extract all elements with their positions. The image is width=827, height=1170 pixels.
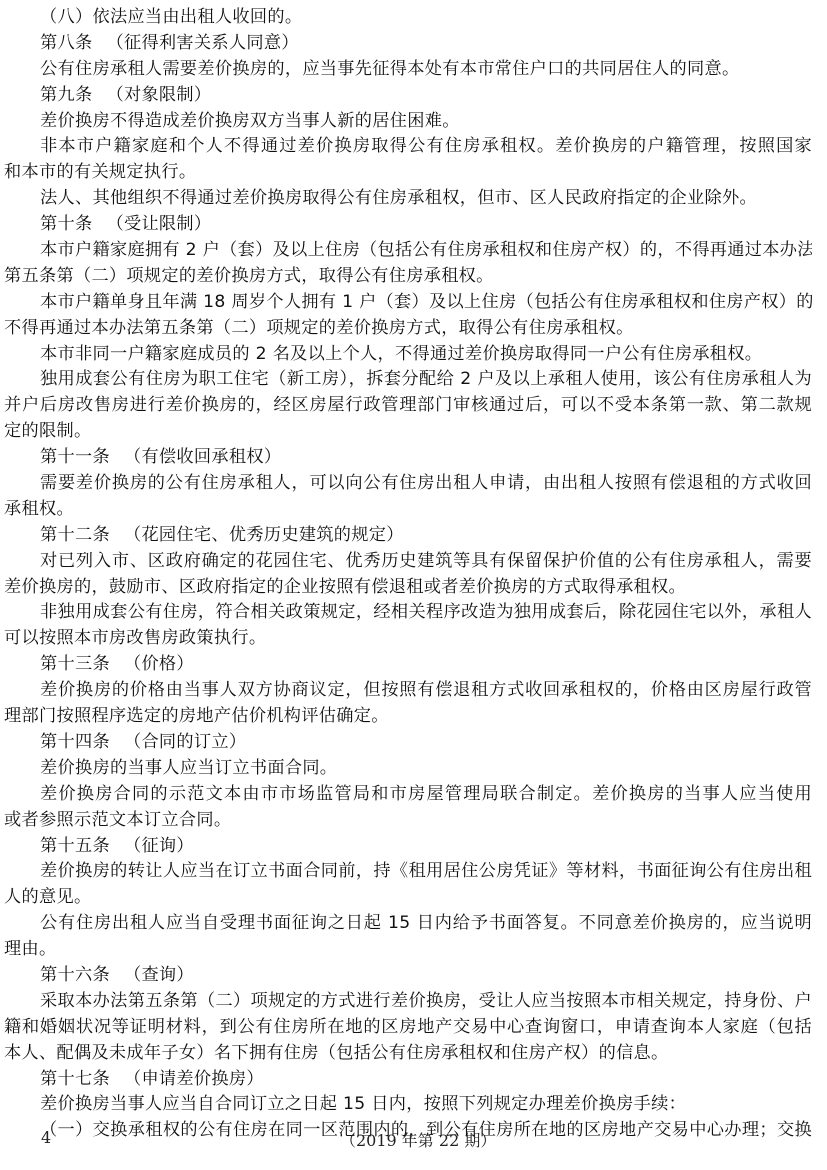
article-number: 第十三条 <box>40 654 110 674</box>
text-line: （八）依法应当由出租人收回的。 <box>4 5 812 31</box>
article-title: （有偿收回承租权） <box>124 447 281 467</box>
article-title: （征得利害关系人同意） <box>106 33 298 53</box>
text-line: 差价换房不得造成差价换房双方当事人新的居住困难。 <box>4 109 812 135</box>
text-line: 人的意见。 <box>4 885 812 911</box>
article-heading: 第九条（对象限制） <box>4 83 812 109</box>
text-line: 或者参照示范文本订立合同。 <box>4 808 812 834</box>
text-line: 公有住房承租人需要差价换房的，应当事先征得本处有本市常住户口的共同居住人的同意。 <box>4 57 812 83</box>
article-heading: 第十五条（征询） <box>4 834 812 860</box>
text-line: 本市非同一户籍家庭成员的 2 名及以上个人，不得通过差价换房取得同一户公有住房承… <box>4 342 812 368</box>
text-line: 和本市的有关规定执行。 <box>4 160 812 186</box>
article-heading: 第十六条（查询） <box>4 963 812 989</box>
text-line: 籍和婚姻状况等证明材料，到公有住房所在地的区房地产交易中心查询窗口，申请查询本人… <box>4 1015 812 1041</box>
article-heading: 第八条（征得利害关系人同意） <box>4 31 812 57</box>
article-title: （受让限制） <box>106 214 211 234</box>
text-line: 非独用成套公有住房，符合相关政策规定，经相关程序改造为独用成套后，除花园住宅以外… <box>4 600 812 626</box>
article-number: 第十六条 <box>40 965 110 985</box>
text-line: 公有住房出租人应当自受理书面征询之日起 15 日内给予书面答复。不同意差价换房的… <box>4 911 812 937</box>
issue-label: （2019 年第 22 期） <box>340 1128 496 1151</box>
text-line: 理部门按照程序选定的房地产估价机构评估确定。 <box>4 704 812 730</box>
article-heading: 第十七条（申请差价换房） <box>4 1067 812 1093</box>
text-line: 差价换房的当事人应当订立书面合同。 <box>4 756 812 782</box>
article-title: （花园住宅、优秀历史建筑的规定） <box>124 525 404 545</box>
article-number: 第九条 <box>40 85 92 105</box>
article-title: （价格） <box>124 654 194 674</box>
article-number: 第十五条 <box>40 836 110 856</box>
article-number: 第八条 <box>40 33 92 53</box>
text-line: 需要差价换房的公有住房承租人，可以向公有住房出租人申请，由出租人按照有偿退租的方… <box>4 471 812 497</box>
text-line: 差价换房的价格由当事人双方协商议定，但按照有偿退租方式收回承租权的，价格由区房屋… <box>4 678 812 704</box>
article-heading: 第十三条（价格） <box>4 652 812 678</box>
text-line: 本市户籍单身且年满 18 周岁个人拥有 1 户（套）及以上住房（包括公有住房承租… <box>4 290 812 316</box>
article-heading: 第十一条（有偿收回承租权） <box>4 445 812 471</box>
article-title: （征询） <box>124 836 194 856</box>
text-line: 理由。 <box>4 937 812 963</box>
text-line: 采取本办法第五条第（二）项规定的方式进行差价换房，受让人应当按照本市相关规定，持… <box>4 989 812 1015</box>
article-heading: 第十二条（花园住宅、优秀历史建筑的规定） <box>4 523 812 549</box>
text-line: 第五条第（二）项规定的差价换房方式，取得公有住房承租权。 <box>4 264 812 290</box>
text-line: 承租权。 <box>4 497 812 523</box>
article-heading: 第十条（受让限制） <box>4 212 812 238</box>
text-line: 本人、配偶及未成年子女）名下拥有住房（包括公有住房承租权和住房产权）的信息。 <box>4 1041 812 1067</box>
article-title: （合同的订立） <box>124 732 246 752</box>
article-title: （查询） <box>124 965 194 985</box>
article-number: 第十四条 <box>40 732 110 752</box>
text-line: 差价换房合同的示范文本由市市场监管局和市房屋管理局联合制定。差价换房的当事人应当… <box>4 782 812 808</box>
article-number: 第十一条 <box>40 447 110 467</box>
article-number: 第十二条 <box>40 525 110 545</box>
text-line: 差价换房的，鼓励市、区政府指定的企业按照有偿退租或者差价换房的方式取得承租权。 <box>4 575 812 601</box>
document-body: （八）依法应当由出租人收回的。第八条（征得利害关系人同意）公有住房承租人需要差价… <box>4 5 812 1144</box>
article-number: 第十条 <box>40 214 92 234</box>
text-line: 法人、其他组织不得通过差价换房取得公有住房承租权，但市、区人民政府指定的企业除外… <box>4 186 812 212</box>
article-heading: 第十四条（合同的订立） <box>4 730 812 756</box>
text-line: 并户后房改售房进行差价换房的，经区房屋行政管理部门审核通过后，可以不受本条第一款… <box>4 393 812 419</box>
text-line: 对已列入市、区政府确定的花园住宅、优秀历史建筑等具有保留保护价值的公有住房承租人… <box>4 549 812 575</box>
text-line: 可以按照本市房改售房政策执行。 <box>4 626 812 652</box>
page-number: 4 <box>41 1128 51 1147</box>
text-line: 独用成套公有住房为职工住宅（新工房），拆套分配给 2 户及以上承租人使用，该公有… <box>4 367 812 393</box>
text-line: 非本市户籍家庭和个人不得通过差价换房取得公有住房承租权。差价换房的户籍管理，按照… <box>4 134 812 160</box>
text-line: 定的限制。 <box>4 419 812 445</box>
article-number: 第十七条 <box>40 1069 110 1089</box>
text-line: 差价换房当事人应当自合同订立之日起 15 日内，按照下列规定办理差价换房手续： <box>4 1092 812 1118</box>
article-title: （对象限制） <box>106 85 211 105</box>
text-line: 本市户籍家庭拥有 2 户（套）及以上住房（包括公有住房承租权和住房产权）的，不得… <box>4 238 812 264</box>
page-footer: 4 （2019 年第 22 期） <box>0 1128 827 1154</box>
text-line: 不得再通过本办法第五条第（二）项规定的差价换房方式，取得公有住房承租权。 <box>4 316 812 342</box>
article-title: （申请差价换房） <box>124 1069 264 1089</box>
text-line: 差价换房的转让人应当在订立书面合同前，持《租用居住公房凭证》等材料，书面征询公有… <box>4 859 812 885</box>
